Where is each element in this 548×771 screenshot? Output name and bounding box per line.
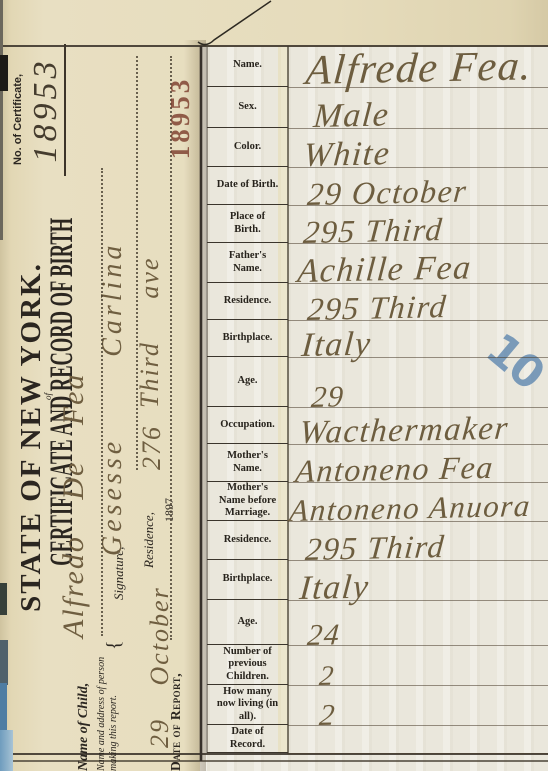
row-label: Date of Birth. xyxy=(207,167,288,205)
table-row: Italy xyxy=(288,320,548,358)
table-row: Wacthermaker xyxy=(288,407,548,445)
table-row: White xyxy=(288,128,548,168)
row-label: Date of Record. xyxy=(207,725,288,753)
row-label: Color. xyxy=(207,128,288,167)
table-row: 295 Third xyxy=(288,205,548,244)
table-row: Alfrede Fea. xyxy=(288,45,548,88)
table-row: Antoneno Anuora xyxy=(288,482,548,522)
dotted-line-signature xyxy=(136,56,138,470)
table-row: 29 xyxy=(288,357,548,408)
row-label: How many now living (in all). xyxy=(207,685,288,725)
name-of-child-handwritten: Alfredo De Fea xyxy=(58,238,90,638)
table-row: 2 xyxy=(288,645,548,686)
table-row: Antoneno Fea xyxy=(288,444,548,483)
row-label: Occupation. xyxy=(207,407,288,444)
row-label: Birthplace. xyxy=(207,560,288,600)
stamped-certificate-number: 18953 xyxy=(166,44,194,192)
signature-brace: { xyxy=(104,624,125,650)
scan-edge-dark-mark xyxy=(0,583,7,615)
row-label: Age. xyxy=(207,357,288,407)
scan-edge-strip xyxy=(0,0,3,240)
row-label: Number of previous Children. xyxy=(207,645,288,685)
reporter-label-line2: making this report. xyxy=(109,659,120,771)
scan-edge-blue-tab xyxy=(0,730,13,771)
table-row: 2 xyxy=(288,685,548,726)
table-row: 24 xyxy=(288,600,548,646)
row-label: Birthplace. xyxy=(207,320,288,357)
table-row: Male xyxy=(288,87,548,129)
row-label: Father's Name. xyxy=(207,243,288,283)
page-corner-crease xyxy=(198,1,271,45)
row-label: Mother's Name before Marriage. xyxy=(207,482,288,521)
scan-edge-blue-mark xyxy=(0,683,7,730)
row-label: Mother's Name. xyxy=(207,444,288,482)
row-label: Age. xyxy=(207,600,288,645)
row-label: Residence. xyxy=(207,521,288,560)
scan-edge-smudge xyxy=(0,640,8,685)
table-row xyxy=(288,725,548,754)
scan-edge-black-mark xyxy=(0,55,8,91)
table-row: Italy xyxy=(288,560,548,601)
dotted-line-child-name xyxy=(101,168,103,636)
row-label: Sex. xyxy=(207,87,288,128)
certificate-number-label: No. of Certificate, xyxy=(13,61,25,165)
table-row: 295 Third xyxy=(288,283,548,321)
row-label: Residence. xyxy=(207,283,288,320)
table-row: 29 October xyxy=(288,167,548,206)
table-row: Achille Fea xyxy=(288,243,548,284)
table-row: 295 Third xyxy=(288,521,548,561)
scanned-birth-certificate-page: No. of Certificate, 18953 STATE OF NEW Y… xyxy=(0,0,548,771)
of-text: of xyxy=(44,382,53,400)
name-of-child-label: Name of Child, xyxy=(77,637,92,771)
residence-street-handwritten: Third ave xyxy=(136,158,163,408)
state-title: STATE OF NEW YORK. xyxy=(16,262,46,612)
certificate-number-handwritten: 18953 xyxy=(28,44,66,176)
row-label: Place of Birth. xyxy=(207,205,288,243)
row-label: Name. xyxy=(207,45,288,87)
